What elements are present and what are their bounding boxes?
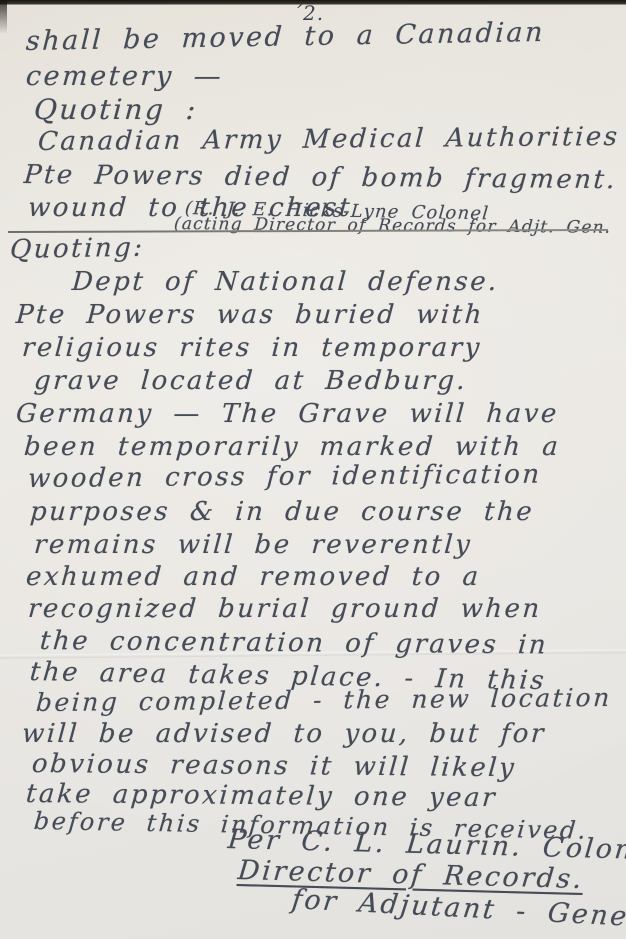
handwriting-line: cemetery —: [25, 61, 224, 92]
handwriting-line: will be advised to you, but for: [21, 719, 547, 749]
handwriting-line: Dept of National defense.: [71, 267, 500, 297]
handwriting-line: Canadian Army Medical Authorities: [37, 122, 620, 157]
handwriting-line: Quoting:: [9, 233, 145, 265]
handwriting-line: the concentration of graves in: [39, 626, 550, 660]
handwriting-line: been temporarily marked with a: [23, 432, 561, 462]
handwriting-line: Germany — The Grave will have: [15, 399, 560, 429]
handwriting-line: purposes & in due course the: [29, 497, 535, 527]
handwriting-line: being completed - the new location: [35, 683, 613, 717]
handwriting-line: remains will be reverently: [33, 530, 473, 560]
handwriting-line: Pte Powers was buried with: [15, 300, 485, 330]
handwriting-line: (acting Director of Records for Adjt. Ge…: [173, 214, 612, 238]
handwritten-letter-page: ´2. shall be moved to a Canadiancemetery…: [0, 0, 626, 939]
handwriting-line: shall be moved to a Canadian: [25, 17, 546, 57]
handwriting-line: wooden cross for identification: [27, 460, 543, 494]
handwriting-line: Pte Powers died of bomb fragment.: [23, 160, 619, 195]
handwriting-line: grave located at Bedburg.: [33, 366, 468, 396]
handwriting-line: obvious reasons it will likely: [31, 749, 518, 783]
scan-edge-corner: [0, 0, 7, 34]
handwriting-line: religious rites in temporary: [21, 333, 483, 363]
handwriting-line: exhumed and removed to a: [25, 562, 482, 592]
handwriting-line: recognized burial ground when: [27, 594, 543, 624]
handwriting-line: Quoting :: [33, 93, 199, 126]
